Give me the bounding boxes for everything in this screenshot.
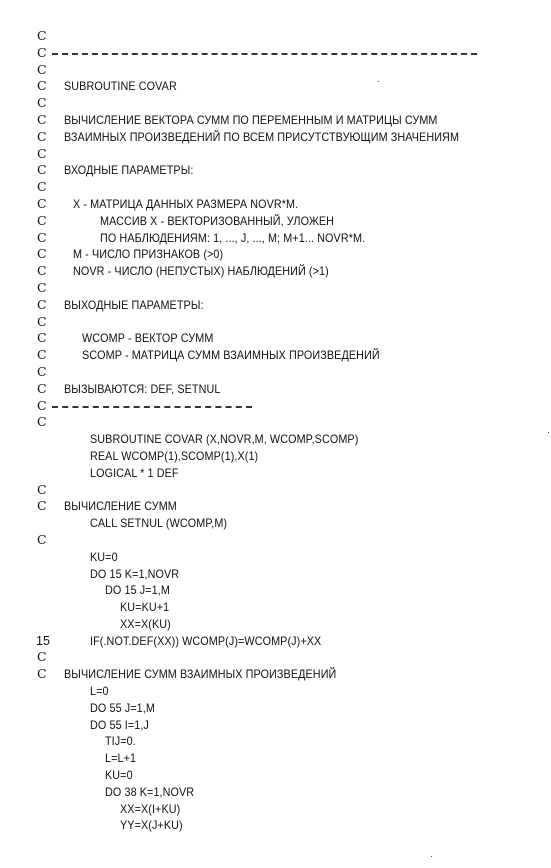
comment-line: CNOVR - ЧИСЛО (НЕПУСТЫХ) НАБЛЮДЕНИЙ (>1) — [0, 263, 551, 280]
comment-text: SUBROUTINE COVAR — [64, 78, 177, 95]
code-statement: DO 55 J=1,M — [90, 700, 155, 717]
comment-text: МАССИВ X - ВЕКТОРИЗОВАННЫЙ, УЛОЖЕН — [100, 213, 334, 230]
code-statement: KU=0 — [90, 549, 118, 566]
comment-marker: C — [37, 482, 47, 499]
comment-line: C — [0, 649, 551, 666]
code-line: CALL SETNUL (WCOMP,M) — [0, 515, 551, 532]
comment-text: ВЫЧИСЛЕНИЕ СУММ ВЗАИМНЫХ ПРОИЗВЕДЕНИЙ — [64, 666, 336, 683]
comment-line: C — [0, 95, 551, 112]
comment-line: C — [0, 62, 551, 79]
code-line: TIJ=0. — [0, 733, 551, 750]
code-line: LOGICAL * 1 DEF — [0, 465, 551, 482]
scan-speck — [431, 856, 432, 857]
code-statement: XX=X(I+KU) — [120, 801, 180, 818]
comment-line: CSCOMP - МАТРИЦА СУММ ВЗАИМНЫХ ПРОИЗВЕДЕ… — [0, 347, 551, 364]
comment-marker: C — [37, 381, 47, 398]
comment-text: ПО НАБЛЮДЕНИЯМ: 1, ..., J, ..., M; M+1..… — [100, 230, 365, 247]
code-line: L=0 — [0, 683, 551, 700]
comment-line: CПО НАБЛЮДЕНИЯМ: 1, ..., J, ..., M; M+1.… — [0, 230, 551, 247]
code-statement: LOGICAL * 1 DEF — [90, 465, 179, 482]
comment-line: C — [0, 482, 551, 499]
code-statement: L=0 — [90, 683, 109, 700]
code-line: DO 38 K=1,NOVR — [0, 784, 551, 801]
comment-marker: C — [37, 666, 47, 683]
comment-marker: C — [37, 280, 47, 297]
code-line: YY=X(J+KU) — [0, 817, 551, 834]
comment-text: X - МАТРИЦА ДАННЫХ РАЗМЕРА NOVR*M. — [73, 196, 298, 213]
comment-marker: C — [37, 532, 47, 549]
code-line: SUBROUTINE COVAR (X,NOVR,M, WCOMP,SCOMP) — [0, 431, 551, 448]
code-statement: YY=X(J+KU) — [120, 817, 183, 834]
code-line: DO 15 K=1,NOVR — [0, 566, 551, 583]
comment-line: CВХОДНЫЕ ПАРАМЕТРЫ: — [0, 162, 551, 179]
code-statement: KU=KU+1 — [120, 599, 169, 616]
comment-marker: C — [37, 649, 47, 666]
comment-marker: C — [37, 146, 47, 163]
comment-line: CSUBROUTINE COVAR — [0, 78, 551, 95]
code-line: XX=X(I+KU) — [0, 801, 551, 818]
comment-text: ВЫЧИСЛЕНИЕ СУММ — [64, 498, 177, 515]
comment-line: CWCOMP - ВЕКТОР СУММ — [0, 330, 551, 347]
comment-marker: C — [37, 398, 47, 415]
scan-speck — [548, 432, 549, 433]
comment-line: C — [0, 146, 551, 163]
comment-text: ВЫЧИСЛЕНИЕ ВЕКТОРА СУММ ПО ПЕРЕМЕННЫМ И … — [64, 112, 438, 129]
code-line: DO 55 I=1,J — [0, 717, 551, 734]
comment-line: C — [0, 364, 551, 381]
comment-marker: C — [37, 246, 47, 263]
fortran-listing: CCCCSUBROUTINE COVARCCВЫЧИСЛЕНИЕ ВЕКТОРА… — [0, 28, 551, 834]
comment-text: ВЫХОДНЫЕ ПАРАМЕТРЫ: — [64, 297, 204, 314]
comment-line: C — [0, 179, 551, 196]
comment-line: C — [0, 414, 551, 431]
comment-line: C — [0, 314, 551, 331]
comment-text: SCOMP - МАТРИЦА СУММ ВЗАИМНЫХ ПРОИЗВЕДЕН… — [82, 347, 380, 364]
comment-marker: C — [37, 95, 47, 112]
comment-text: WCOMP - ВЕКТОР СУММ — [82, 330, 213, 347]
comment-marker: C — [37, 213, 47, 230]
comment-line: CM - ЧИСЛО ПРИЗНАКОВ (>0) — [0, 246, 551, 263]
comment-marker: C — [37, 314, 47, 331]
code-line: KU=KU+1 — [0, 599, 551, 616]
code-line: KU=0 — [0, 767, 551, 784]
comment-text: M - ЧИСЛО ПРИЗНАКОВ (>0) — [73, 246, 223, 263]
comment-line: C — [0, 280, 551, 297]
code-statement: SUBROUTINE COVAR (X,NOVR,M, WCOMP,SCOMP) — [90, 431, 358, 448]
code-line: L=L+1 — [0, 750, 551, 767]
comment-line: C — [0, 28, 551, 45]
labeled-code-line: 15IF(.NOT.DEF(XX)) WCOMP(J)=WCOMP(J)+XX — [0, 633, 551, 650]
code-line: XX=X(KU) — [0, 616, 551, 633]
code-statement: DO 15 K=1,NOVR — [90, 566, 179, 583]
code-statement: DO 55 I=1,J — [90, 717, 149, 734]
comment-marker: C — [37, 62, 47, 79]
comment-marker: C — [37, 112, 47, 129]
separator-rule — [52, 53, 477, 55]
comment-line: CX - МАТРИЦА ДАННЫХ РАЗМЕРА NOVR*M. — [0, 196, 551, 213]
scan-speck — [378, 81, 379, 82]
code-statement: IF(.NOT.DEF(XX)) WCOMP(J)=WCOMP(J)+XX — [90, 633, 321, 650]
code-statement: XX=X(KU) — [120, 616, 171, 633]
code-statement: TIJ=0. — [105, 733, 136, 750]
statement-label: 15 — [36, 633, 50, 650]
code-statement: CALL SETNUL (WCOMP,M) — [90, 515, 227, 532]
comment-marker: C — [37, 45, 47, 62]
code-statement: KU=0 — [105, 767, 133, 784]
comment-marker: C — [37, 330, 47, 347]
comment-text: ВЫЗЫВАЮТСЯ: DEF, SETNUL — [64, 381, 220, 398]
code-statement: REAL WCOMP(1),SCOMP(1),X(1) — [90, 448, 258, 465]
comment-text: ВХОДНЫЕ ПАРАМЕТРЫ: — [64, 162, 193, 179]
comment-line: C — [0, 532, 551, 549]
code-line: KU=0 — [0, 549, 551, 566]
comment-line: CВЫХОДНЫЕ ПАРАМЕТРЫ: — [0, 297, 551, 314]
comment-line: CВЫЧИСЛЕНИЕ СУММ — [0, 498, 551, 515]
comment-line: CВЫЧИСЛЕНИЕ СУММ ВЗАИМНЫХ ПРОИЗВЕДЕНИЙ — [0, 666, 551, 683]
comment-marker: C — [37, 364, 47, 381]
comment-marker: C — [37, 179, 47, 196]
comment-marker: C — [37, 230, 47, 247]
comment-marker: C — [37, 297, 47, 314]
comment-marker: C — [37, 129, 47, 146]
comment-line: CМАССИВ X - ВЕКТОРИЗОВАННЫЙ, УЛОЖЕН — [0, 213, 551, 230]
code-statement: DO 38 K=1,NOVR — [105, 784, 194, 801]
comment-line: C — [0, 398, 551, 415]
separator-rule — [52, 406, 252, 408]
comment-marker: C — [37, 28, 47, 45]
comment-marker: C — [37, 263, 47, 280]
code-statement: DO 15 J=1,M — [105, 582, 170, 599]
comment-marker: C — [37, 347, 47, 364]
comment-marker: C — [37, 414, 47, 431]
code-statement: L=L+1 — [105, 750, 136, 767]
comment-line: CВЫЧИСЛЕНИЕ ВЕКТОРА СУММ ПО ПЕРЕМЕННЫМ И… — [0, 112, 551, 129]
comment-marker: C — [37, 196, 47, 213]
code-line: DO 15 J=1,M — [0, 582, 551, 599]
comment-line: CВЫЗЫВАЮТСЯ: DEF, SETNUL — [0, 381, 551, 398]
comment-marker: C — [37, 162, 47, 179]
comment-marker: C — [37, 78, 47, 95]
comment-line: CВЗАИМНЫХ ПРОИЗВЕДЕНИЙ ПО ВСЕМ ПРИСУТСТВ… — [0, 129, 551, 146]
comment-line: C — [0, 45, 551, 62]
comment-text: ВЗАИМНЫХ ПРОИЗВЕДЕНИЙ ПО ВСЕМ ПРИСУТСТВУ… — [64, 129, 459, 146]
comment-marker: C — [37, 498, 47, 515]
code-line: REAL WCOMP(1),SCOMP(1),X(1) — [0, 448, 551, 465]
code-line: DO 55 J=1,M — [0, 700, 551, 717]
comment-text: NOVR - ЧИСЛО (НЕПУСТЫХ) НАБЛЮДЕНИЙ (>1) — [73, 263, 329, 280]
